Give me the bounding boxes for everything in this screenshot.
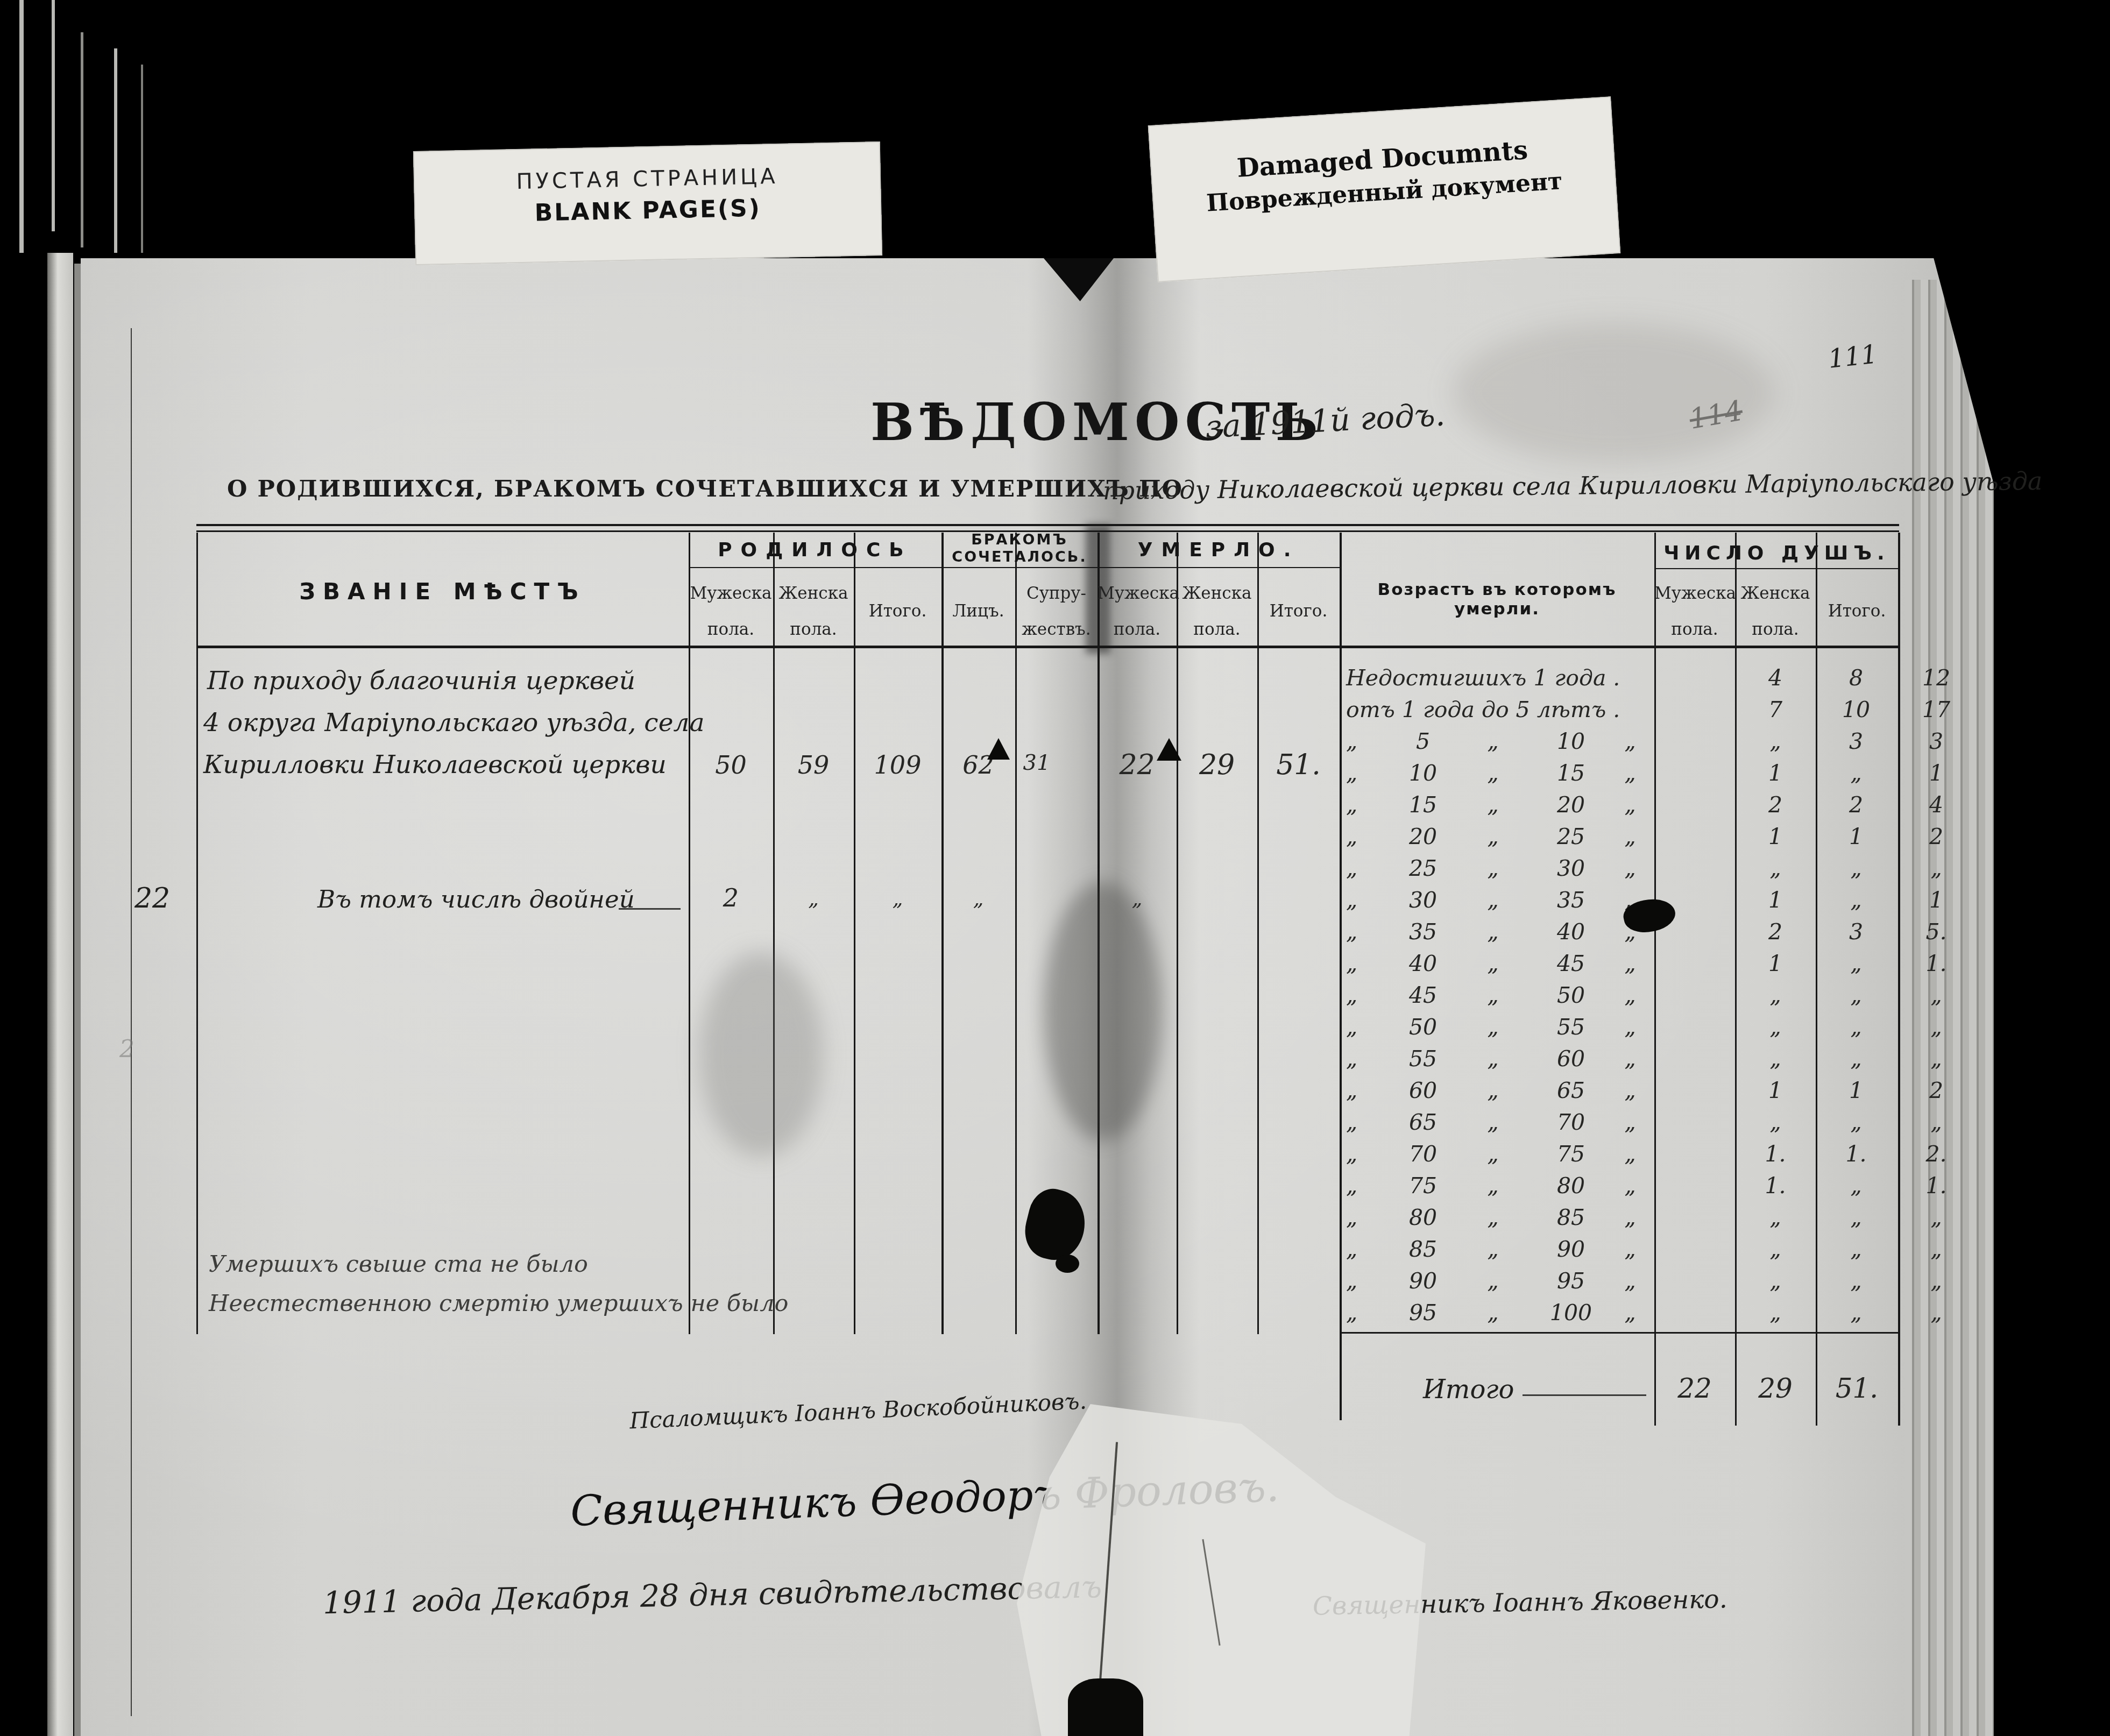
age-ditto: „ <box>1477 1204 1509 1230</box>
age-female-count: „ <box>1816 1268 1896 1294</box>
age-male-count: „ <box>1735 1046 1816 1072</box>
age-female-count: 3 <box>1816 919 1896 945</box>
place-entry-line: Кирилловки Николаевской церкви <box>203 750 667 780</box>
document-page: 111 114 ВѢДОМОСТЬ за 1911й годъ. О РОДИВ… <box>81 258 1994 1736</box>
age-to: 25 <box>1536 824 1606 849</box>
subheader-female: Женска <box>1735 584 1816 603</box>
twins-born-total: „ <box>854 887 941 910</box>
age-from: 40 <box>1388 951 1458 976</box>
age-ditto: „ <box>1617 792 1644 818</box>
age-female-count: 1 <box>1816 824 1896 849</box>
age-ditto: „ <box>1617 1300 1644 1326</box>
age-male-count: „ <box>1735 855 1816 881</box>
age-row: „40„45„1„1. <box>1340 948 1980 980</box>
age-ditto: „ <box>1617 982 1644 1008</box>
age-row: „60„65„112 <box>1340 1075 1980 1107</box>
age-row: „95„100„„„„ <box>1340 1298 1980 1329</box>
age-male-count: 1 <box>1735 951 1816 976</box>
age-to: 50 <box>1536 982 1606 1008</box>
subheader-female: пола. <box>773 620 854 639</box>
age-total-count: 1 <box>1896 887 1976 913</box>
age-ditto: „ <box>1477 824 1509 849</box>
age-male-count: „ <box>1735 1268 1816 1294</box>
age-male-count: 1 <box>1735 887 1816 913</box>
age-to: 40 <box>1536 919 1606 945</box>
age-ditto: „ <box>1617 1204 1644 1230</box>
age-ditto: „ <box>1617 760 1644 786</box>
age-total-count: 1. <box>1896 1173 1976 1199</box>
age-row: „45„50„„„„ <box>1340 980 1980 1012</box>
page-subtitle-handwritten: приходу Николаевской церкви села Кирилло… <box>1103 466 2043 505</box>
subheader-male: пола. <box>689 620 773 639</box>
age-label: „ <box>1346 1046 1357 1072</box>
age-to: 70 <box>1536 1109 1606 1135</box>
age-row: „65„70„„„„ <box>1340 1107 1980 1139</box>
age-total-count: „ <box>1896 855 1976 881</box>
age-male-count: 2 <box>1735 919 1816 945</box>
age-from: 50 <box>1388 1014 1458 1040</box>
age-female-count: 1 <box>1816 1078 1896 1103</box>
age-row: „70„75„1.1.2. <box>1340 1139 1980 1171</box>
age-row: Недостигшихъ 1 года .4812 <box>1340 663 1980 695</box>
age-female-count: „ <box>1816 982 1896 1008</box>
subheader-supruzhestv: жествъ. <box>1015 620 1098 639</box>
age-female-count: „ <box>1816 1014 1896 1040</box>
note-line: Умершихъ свыше ста не было <box>209 1251 588 1278</box>
age-male-count: 2 <box>1735 792 1816 818</box>
stain-smudge <box>699 952 823 1157</box>
subheader-itogo: Итого. <box>854 601 941 621</box>
age-row: „20„25„112 <box>1340 821 1980 853</box>
sticker-text-english: BLANK PAGE(S) <box>414 192 882 229</box>
age-male-count: „ <box>1735 1204 1816 1230</box>
note-line: Неестественною смертію умершихъ не было <box>209 1290 788 1317</box>
table-rule <box>854 533 855 1334</box>
age-female-count: „ <box>1816 760 1896 786</box>
age-ditto: „ <box>1617 951 1644 976</box>
age-ditto: „ <box>1477 792 1509 818</box>
age-label: „ <box>1346 887 1357 913</box>
age-from: 45 <box>1388 982 1458 1008</box>
age-from: 35 <box>1388 919 1458 945</box>
died-female-count: 29 <box>1177 749 1257 781</box>
table-rule <box>941 567 1098 568</box>
age-ditto: „ <box>1617 1046 1644 1072</box>
age-ditto: „ <box>1617 824 1644 849</box>
age-total-count: „ <box>1896 1204 1976 1230</box>
table-rule <box>1257 533 1259 1334</box>
born-total-count: 109 <box>854 750 941 780</box>
age-ditto: „ <box>1477 760 1509 786</box>
table-rule <box>196 533 198 1334</box>
age-row: „80„85„„„„ <box>1340 1202 1980 1234</box>
age-total-count: 1. <box>1896 951 1976 976</box>
twins-row-dash <box>619 908 681 910</box>
age-to: 95 <box>1536 1268 1606 1294</box>
age-total-count: „ <box>1896 1236 1976 1262</box>
age-from: 90 <box>1388 1268 1458 1294</box>
age-total-count: 1 <box>1896 760 1976 786</box>
age-male-count: 1 <box>1735 1078 1816 1103</box>
age-ditto: „ <box>1617 1078 1644 1103</box>
age-ditto: „ <box>1477 1078 1509 1103</box>
place-entry-line: По приходу благочинія церквей <box>207 666 635 696</box>
subheader-male: Мужеска <box>1098 584 1177 603</box>
subheader-supruzhestv: Супру- <box>1015 584 1098 603</box>
age-ditto: „ <box>1477 1173 1509 1199</box>
column-header-zvanie: ЗВАНІЕ МѢСТЪ <box>196 578 689 605</box>
book-spine-edge <box>52 0 55 231</box>
age-ditto: „ <box>1617 728 1644 754</box>
age-ditto: „ <box>1477 1268 1509 1294</box>
age-ditto: „ <box>1477 728 1509 754</box>
age-ditto: „ <box>1617 1268 1644 1294</box>
book-spine-edge <box>81 32 83 247</box>
age-ditto: „ <box>1477 1141 1509 1167</box>
age-total-total: 51. <box>1816 1373 1898 1404</box>
gutter-bottom-shadow <box>1068 1678 1143 1736</box>
age-from: 5 <box>1388 728 1458 754</box>
age-label: „ <box>1346 919 1357 945</box>
age-total-female: 29 <box>1735 1373 1816 1404</box>
age-female-count: „ <box>1816 1300 1896 1326</box>
stain-smudge <box>1044 882 1162 1140</box>
age-ditto: „ <box>1477 1236 1509 1262</box>
age-total-count: 4 <box>1896 792 1976 818</box>
age-label: „ <box>1346 728 1357 754</box>
age-female-count: „ <box>1816 951 1896 976</box>
twins-married-persons: „ <box>941 887 1015 910</box>
twins-born-male: 2 <box>689 883 773 912</box>
age-from: 30 <box>1388 887 1458 913</box>
age-label: „ <box>1346 824 1357 849</box>
table-rule <box>196 524 1899 526</box>
table-rule <box>1015 533 1017 1334</box>
age-male-count: 1 <box>1735 824 1816 849</box>
scanned-book-photo: 111 114 ВѢДОМОСТЬ за 1911й годъ. О РОДИВ… <box>0 0 2110 1736</box>
attestation-date-line: 1911 года Декабря 28 дня свидѣтельствова… <box>322 1569 1102 1621</box>
stain-smudge <box>1453 323 1775 463</box>
age-total-count: „ <box>1896 1268 1976 1294</box>
age-label: „ <box>1346 792 1357 818</box>
age-label: „ <box>1346 951 1357 976</box>
age-female-count: „ <box>1816 1046 1896 1072</box>
born-male-count: 50 <box>689 750 773 780</box>
age-label: „ <box>1346 1204 1357 1230</box>
age-female-count: 1. <box>1816 1141 1896 1167</box>
subheader-female: пола. <box>1177 620 1257 639</box>
age-from: 70 <box>1388 1141 1458 1167</box>
table-rule <box>1654 568 1899 569</box>
age-from: 55 <box>1388 1046 1458 1072</box>
group-header-chislo-dush: ЧИСЛО ДУШЪ. <box>1654 542 1899 564</box>
age-ditto: „ <box>1477 1014 1509 1040</box>
page-stack-edge-left <box>47 253 73 1736</box>
age-female-count: „ <box>1816 887 1896 913</box>
age-female-count: 8 <box>1816 665 1896 691</box>
age-from: 75 <box>1388 1173 1458 1199</box>
age-female-count: „ <box>1816 1173 1896 1199</box>
subheader-itogo: Итого. <box>1257 601 1340 621</box>
place-entry-line: 4 округа Маріупольскаго уѣзда, села <box>203 708 704 738</box>
age-ditto: „ <box>1477 1046 1509 1072</box>
page-subtitle: О РОДИВШИХСЯ, БРАКОМЪ СОЧЕТАВШИХСЯ И УМЕ… <box>227 476 1183 502</box>
group-header-umerlo: УМЕРЛО. <box>1098 539 1340 561</box>
age-label: „ <box>1346 1109 1357 1135</box>
age-to: 60 <box>1536 1046 1606 1072</box>
table-rule <box>196 646 1899 648</box>
age-ditto: „ <box>1477 982 1509 1008</box>
age-ditto: „ <box>1477 855 1509 881</box>
book-spine-edge <box>141 65 143 253</box>
born-female-count: 59 <box>773 750 854 780</box>
table-rule <box>689 533 690 1334</box>
age-ditto: „ <box>1617 1141 1644 1167</box>
age-male-count: „ <box>1735 1300 1816 1326</box>
age-female-count: „ <box>1816 1236 1896 1262</box>
age-from: 60 <box>1388 1078 1458 1103</box>
age-from: 10 <box>1388 760 1458 786</box>
column-header-vozrast: Возрастъ въ которомъ умерли. <box>1340 580 1654 619</box>
age-from: 20 <box>1388 824 1458 849</box>
age-to: 55 <box>1536 1014 1606 1040</box>
age-ditto: „ <box>1477 887 1509 913</box>
age-row: „55„60„„„„ <box>1340 1044 1980 1075</box>
subheader-male: Мужеска <box>689 584 773 603</box>
age-female-count: 10 <box>1816 697 1896 722</box>
age-label: „ <box>1346 1173 1357 1199</box>
table-rule <box>773 533 775 1334</box>
age-total-count: 12 <box>1896 665 1976 691</box>
age-total-count: „ <box>1896 982 1976 1008</box>
age-female-count: 3 <box>1816 728 1896 754</box>
married-couples-count: 31 <box>1004 750 1069 775</box>
table-rule <box>1098 567 1340 568</box>
subheader-male: Мужеска <box>1654 584 1735 603</box>
age-row: „25„30„„„„ <box>1340 853 1980 885</box>
age-total-count: „ <box>1896 1046 1976 1072</box>
age-from: 85 <box>1388 1236 1458 1262</box>
age-to: 100 <box>1536 1300 1606 1326</box>
age-to: 30 <box>1536 855 1606 881</box>
age-label: „ <box>1346 1078 1357 1103</box>
age-to: 90 <box>1536 1236 1606 1262</box>
age-row: „50„55„„„„ <box>1340 1012 1980 1044</box>
age-ditto: „ <box>1617 855 1644 881</box>
twins-row-label: Въ томъ числѣ двойней <box>317 885 635 913</box>
age-label: „ <box>1346 760 1357 786</box>
age-row: „85„90„„„„ <box>1340 1234 1980 1266</box>
age-to: 20 <box>1536 792 1606 818</box>
table-rule <box>1177 533 1178 1334</box>
age-ditto: „ <box>1617 1109 1644 1135</box>
margin-rule <box>131 328 132 1716</box>
group-header-rodilos: РОДИЛОСЬ <box>689 539 941 561</box>
margin-note: 22 <box>134 882 170 915</box>
sticker-text-russian: ПУСТАЯ СТРАНИЦА <box>414 162 881 196</box>
age-total-count: „ <box>1896 1109 1976 1135</box>
age-total-count: 5. <box>1896 919 1976 945</box>
subheader-female: Женска <box>773 584 854 603</box>
table-rule <box>1340 1332 1899 1334</box>
ink-blot <box>1056 1255 1079 1273</box>
age-male-count: „ <box>1735 728 1816 754</box>
group-header-brakom-line1: БРАКОМЪ <box>941 532 1098 548</box>
age-row: „10„15„1„1 <box>1340 758 1980 790</box>
age-total-label: Итого <box>1423 1374 1514 1405</box>
age-label: „ <box>1346 1014 1357 1040</box>
blank-page-sticker: ПУСТАЯ СТРАНИЦА BLANK PAGE(S) <box>413 141 882 265</box>
subheader-female: Женска <box>1177 584 1257 603</box>
subheader-male: пола. <box>1098 620 1177 639</box>
age-total-male: 22 <box>1654 1373 1735 1404</box>
age-male-count: „ <box>1735 1109 1816 1135</box>
age-male-count: 1 <box>1735 760 1816 786</box>
age-total-count: 2. <box>1896 1141 1976 1167</box>
age-ditto: „ <box>1477 919 1509 945</box>
age-to: 85 <box>1536 1204 1606 1230</box>
twins-born-female: „ <box>773 887 854 910</box>
book-spine-edge <box>114 48 117 253</box>
age-male-count: „ <box>1735 1236 1816 1262</box>
age-from: 25 <box>1388 855 1458 881</box>
age-row: „75„80„1.„1. <box>1340 1171 1980 1202</box>
age-total-count: „ <box>1896 1300 1976 1326</box>
age-from: 80 <box>1388 1204 1458 1230</box>
table-rule <box>689 567 941 568</box>
damaged-document-sticker: Damaged Documnts Поврежденный документ <box>1148 96 1621 282</box>
age-to: 75 <box>1536 1141 1606 1167</box>
age-ditto: „ <box>1477 1300 1509 1326</box>
age-male-count: 7 <box>1735 697 1816 722</box>
margin-note-pencil: 2 <box>119 1036 134 1063</box>
age-female-count: „ <box>1816 1109 1896 1135</box>
age-row: „90„95„„„„ <box>1340 1266 1980 1298</box>
age-female-count: „ <box>1816 1204 1896 1230</box>
age-male-count: 1. <box>1735 1141 1816 1167</box>
age-label: „ <box>1346 1141 1357 1167</box>
age-label: „ <box>1346 855 1357 881</box>
subheader-female: пола. <box>1735 620 1816 639</box>
age-male-count: 1. <box>1735 1173 1816 1199</box>
age-ditto: „ <box>1477 1109 1509 1135</box>
age-to: 35 <box>1536 887 1606 913</box>
age-ditto: „ <box>1477 951 1509 976</box>
age-from: 65 <box>1388 1109 1458 1135</box>
age-ditto: „ <box>1617 1173 1644 1199</box>
psalmist-signature: Псаломщикъ Іоаннъ Воскобойниковъ. <box>629 1387 1087 1434</box>
age-to: 65 <box>1536 1078 1606 1103</box>
age-male-count: „ <box>1735 982 1816 1008</box>
age-total-count: 2 <box>1896 824 1976 849</box>
age-label: „ <box>1346 1300 1357 1326</box>
ink-blot <box>987 738 1010 760</box>
age-label: „ <box>1346 982 1357 1008</box>
age-total-count: „ <box>1896 1014 1976 1040</box>
subheader-male: пола. <box>1654 620 1735 639</box>
age-total-dash <box>1523 1394 1646 1396</box>
age-ditto: „ <box>1617 1236 1644 1262</box>
age-total-count: 17 <box>1896 697 1976 722</box>
age-label: „ <box>1346 1236 1357 1262</box>
age-total-count: 2 <box>1896 1078 1976 1103</box>
age-male-count: 4 <box>1735 665 1816 691</box>
age-to: 15 <box>1536 760 1606 786</box>
age-ditto: „ <box>1617 1014 1644 1040</box>
age-row: отъ 1 года до 5 лѣтъ .71017 <box>1340 695 1980 726</box>
age-from: 95 <box>1388 1300 1458 1326</box>
age-to: 80 <box>1536 1173 1606 1199</box>
age-female-count: 2 <box>1816 792 1896 818</box>
age-to: 45 <box>1536 951 1606 976</box>
subheader-lits: Лицъ. <box>941 601 1015 621</box>
folio-number-ink: 111 <box>1826 339 1879 374</box>
book-spine-edge <box>19 0 24 253</box>
table-rule <box>941 533 944 1334</box>
age-label: отъ 1 года до 5 лѣтъ . <box>1346 697 1620 722</box>
subheader-itogo: Итого. <box>1816 601 1898 621</box>
age-label: Недостигшихъ 1 года . <box>1346 665 1620 691</box>
age-female-count: „ <box>1816 855 1896 881</box>
age-from: 15 <box>1388 792 1458 818</box>
age-total-count: 3 <box>1896 728 1976 754</box>
age-row: „5„10„„33 <box>1340 726 1980 758</box>
group-header-brakom-line2: СОЧЕТАЛОСЬ. <box>941 549 1098 565</box>
age-male-count: „ <box>1735 1014 1816 1040</box>
age-row: „15„20„224 <box>1340 790 1980 821</box>
age-label: „ <box>1346 1268 1357 1294</box>
died-total-count: 51. <box>1257 749 1340 781</box>
age-to: 10 <box>1536 728 1606 754</box>
